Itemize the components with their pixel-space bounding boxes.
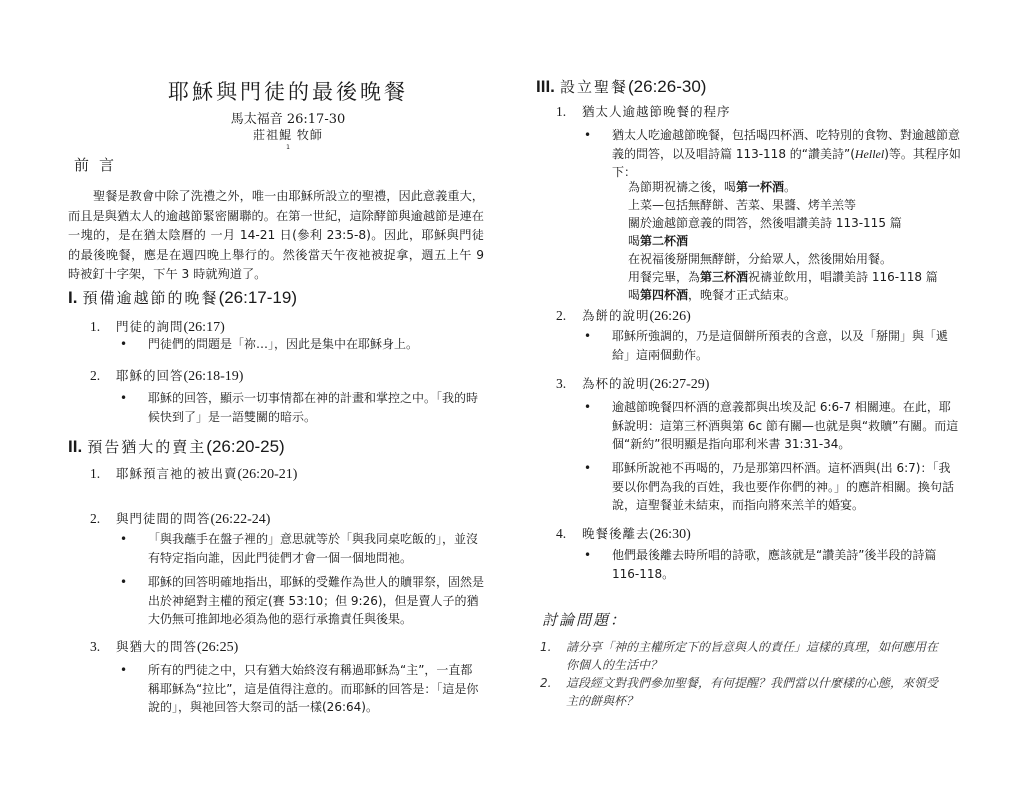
sequence-step: 用餐完畢，為第三杯酒祝禱並飲用，唱讚美詩 116-118 篇: [628, 268, 938, 286]
subsection-number: 1.: [90, 319, 116, 335]
subsection-ref: (26:26): [650, 309, 691, 324]
bullet-icon: •: [120, 661, 127, 680]
bullet-item: • 「與我蘸手在盤子裡的」意思就等於「與我同桌吃飯的」，並沒有特定指向誰，因此門…: [148, 530, 484, 567]
subsection-title: 為杯的說明: [582, 376, 650, 391]
bullet-item: • 耶穌所強調的，乃是這個餅所預表的含意，以及「掰開」與「遞給」這兩個動作。: [612, 327, 956, 364]
subsection-heading: 2.與門徒間的問答(26:22-24): [90, 509, 270, 528]
section-heading: I. 預備逾越節的晚餐(26:17-19): [68, 287, 297, 308]
bullet-icon: •: [584, 459, 591, 478]
hellel-term: Hellel: [855, 147, 884, 161]
bullet-text: 逾越節晚餐四杯酒的意義都與出埃及記 6:6-7 相關連。在此，耶穌說明：這第三杯…: [612, 400, 958, 451]
bullet-item: • 耶穌的回答明確地指出，耶穌的受難作為世人的贖罪祭，固然是出於神絕對主權的預定…: [148, 573, 484, 629]
subsection-ref: (26:27-29): [650, 377, 710, 392]
document-title: 耶穌與門徒的最後晚餐: [68, 76, 508, 106]
bullet-item: • 逾越節晚餐四杯酒的意義都與出埃及記 6:6-7 相關連。在此，耶穌說明：這第…: [612, 398, 962, 454]
subsection-number: 1.: [556, 104, 582, 120]
discussion-question: 2. 這段經文對我們參加聖餐，有何提醒？我們當以什麼樣的心態，來領受主的餅與杯？: [540, 674, 980, 710]
bullet-item: • 所有的門徒之中，只有猶大始終沒有稱過耶穌為“主”，一直都稱耶穌為“拉比”，這…: [148, 661, 484, 717]
question-text: 這段經文對我們參加聖餐，有何提醒？我們當以什麼樣的心態，來領受主的餅與杯？: [566, 674, 946, 710]
bullet-text: 耶穌所強調的，乃是這個餅所預表的含意，以及「掰開」與「遞給」這兩個動作。: [612, 329, 948, 362]
section-numeral: I.: [68, 288, 77, 307]
bullet-item: • 耶穌所說祂不再喝的，乃是那第四杯酒。這杯酒與(出 6:7)：「我要以你們為我…: [612, 459, 962, 515]
bullet-icon: •: [120, 335, 127, 354]
subsection-ref: (26:30): [650, 527, 691, 542]
scripture-reference: 馬太福音 26:17-30: [68, 108, 508, 127]
section-ref: (26:17-19): [219, 288, 297, 307]
preface-heading: 前言: [74, 154, 124, 175]
subsection-number: 1.: [90, 466, 116, 482]
bullet-icon: •: [584, 327, 591, 346]
bullet-text: 門徒們的問題是「祢…」，因此是集中在耶穌身上。: [148, 337, 418, 351]
subsection-heading: 1.耶穌預言祂的被出賣(26:20-21): [90, 464, 297, 483]
section-ref: (26:20-25): [206, 437, 284, 456]
subsection-title: 耶穌預言祂的被出賣: [116, 466, 238, 481]
section-heading: II. 預告猶大的賣主(26:20-25): [68, 436, 285, 457]
subsection-heading: 1.猶太人逾越節晚餐的程序: [556, 102, 731, 120]
bullet-icon: •: [584, 546, 591, 565]
section-title: 預備逾越節的晚餐: [83, 289, 219, 307]
subsection-heading: 1.門徒的詢問(26:17): [90, 317, 225, 336]
subsection-heading: 4.晚餐後離去(26:30): [556, 524, 691, 543]
bullet-icon: •: [120, 530, 127, 549]
bullet-text: 「與我蘸手在盤子裡的」意思就等於「與我同桌吃飯的」，並沒有特定指向誰，因此門徒們…: [148, 532, 478, 565]
sequence-step: 在祝福後掰開無酵餅，分給眾人，然後開始用餐。: [628, 250, 938, 268]
subsection-title: 與猶大的問答: [116, 639, 197, 654]
subsection-title: 晚餐後離去: [582, 526, 650, 541]
bullet-icon: •: [584, 126, 591, 145]
subsection-heading: 3.為杯的說明(26:27-29): [556, 374, 709, 393]
section-numeral: III.: [536, 77, 555, 96]
passover-sequence: 為節期祝禱之後，喝第一杯酒。 上菜—包括無酵餅、苦菜、果醬、烤羊羔等 關於逾越節…: [628, 178, 938, 304]
subsection-ref: (26:20-21): [238, 467, 298, 482]
question-number: 2.: [540, 674, 551, 692]
section-ref: (26:26-30): [628, 77, 706, 96]
subsection-number: 2.: [556, 308, 582, 324]
bullet-item: • 猶太人吃逾越節晚餐，包括喝四杯酒、吃特別的食物、對逾越節意義的問答，以及唱詩…: [612, 126, 962, 182]
subsection-heading: 2.為餅的說明(26:26): [556, 306, 691, 325]
subsection-number: 3.: [90, 639, 116, 655]
subsection-ref: (26:18-19): [184, 369, 244, 384]
bullet-item: • 門徒們的問題是「祢…」，因此是集中在耶穌身上。: [148, 335, 488, 354]
discussion-heading: 討論問題：: [542, 609, 627, 630]
footnote-marker: 1: [68, 144, 508, 151]
bullet-item: • 他們最後離去時所唱的詩歌，應該就是“讚美詩”後半段的詩篇 116-118。: [612, 546, 956, 583]
subsection-title: 猶太人逾越節晚餐的程序: [582, 104, 731, 119]
question-text: 請分享「神的主權所定下的旨意與人的責任」這樣的真理，如何應用在你個人的生活中？: [566, 638, 946, 674]
section-numeral: II.: [68, 437, 82, 456]
sequence-step: 上菜—包括無酵餅、苦菜、果醬、烤羊羔等: [628, 196, 938, 214]
section-title: 預告猶大的賣主: [87, 438, 206, 456]
subsection-number: 4.: [556, 526, 582, 542]
bullet-item: • 耶穌的回答，顯示一切事情都在神的計畫和掌控之中。「我的時候快到了」是一語雙關…: [148, 389, 484, 426]
bullet-icon: •: [584, 398, 591, 417]
subsection-title: 門徒的詢問: [116, 319, 184, 334]
subsection-title: 為餅的說明: [582, 308, 650, 323]
sequence-step: 喝第四杯酒，晚餐才正式結束。: [628, 286, 938, 304]
subsection-ref: (26:22-24): [211, 512, 271, 527]
section-heading: III. 設立聖餐(26:26-30): [536, 76, 706, 97]
author: 莊祖鯤 牧師: [68, 126, 508, 143]
subsection-heading: 3.與猶大的問答(26:25): [90, 637, 238, 656]
bullet-text: 耶穌的回答，顯示一切事情都在神的計畫和掌控之中。「我的時候快到了」是一語雙關的暗…: [148, 391, 478, 424]
bullet-text: 他們最後離去時所唱的詩歌，應該就是“讚美詩”後半段的詩篇 116-118。: [612, 548, 936, 581]
subsection-title: 耶穌的回答: [116, 368, 184, 383]
sequence-step: 關於逾越節意義的問答，然後唱讚美詩 113-115 篇: [628, 214, 938, 232]
subsection-number: 2.: [90, 511, 116, 527]
question-number: 1.: [540, 638, 551, 656]
preface-paragraph: 聖餐是教會中除了洗禮之外，唯一由耶穌所設立的聖禮，因此意義重大，而且是與猶太人的…: [68, 187, 484, 285]
bullet-text: 耶穌所說祂不再喝的，乃是那第四杯酒。這杯酒與(出 6:7)：「我要以你們為我的百…: [612, 461, 954, 512]
subsection-number: 2.: [90, 368, 116, 384]
subsection-number: 3.: [556, 376, 582, 392]
subsection-ref: (26:17): [184, 320, 225, 335]
bullet-icon: •: [120, 573, 127, 592]
section-title: 設立聖餐: [560, 78, 628, 96]
bullet-text: 耶穌的回答明確地指出，耶穌的受難作為世人的贖罪祭，固然是出於神絕對主權的預定(賽…: [148, 575, 484, 626]
discussion-question: 1. 請分享「神的主權所定下的旨意與人的責任」這樣的真理，如何應用在你個人的生活…: [540, 638, 980, 674]
bullet-text: 所有的門徒之中，只有猶大始終沒有稱過耶穌為“主”，一直都稱耶穌為“拉比”，這是值…: [148, 663, 478, 714]
bullet-icon: •: [120, 389, 127, 408]
subsection-heading: 2.耶穌的回答(26:18-19): [90, 366, 243, 385]
subsection-ref: (26:25): [197, 640, 238, 655]
sequence-step: 喝第二杯酒: [628, 232, 938, 250]
subsection-title: 與門徒間的問答: [116, 511, 211, 526]
sequence-step: 為節期祝禱之後，喝第一杯酒。: [628, 178, 938, 196]
